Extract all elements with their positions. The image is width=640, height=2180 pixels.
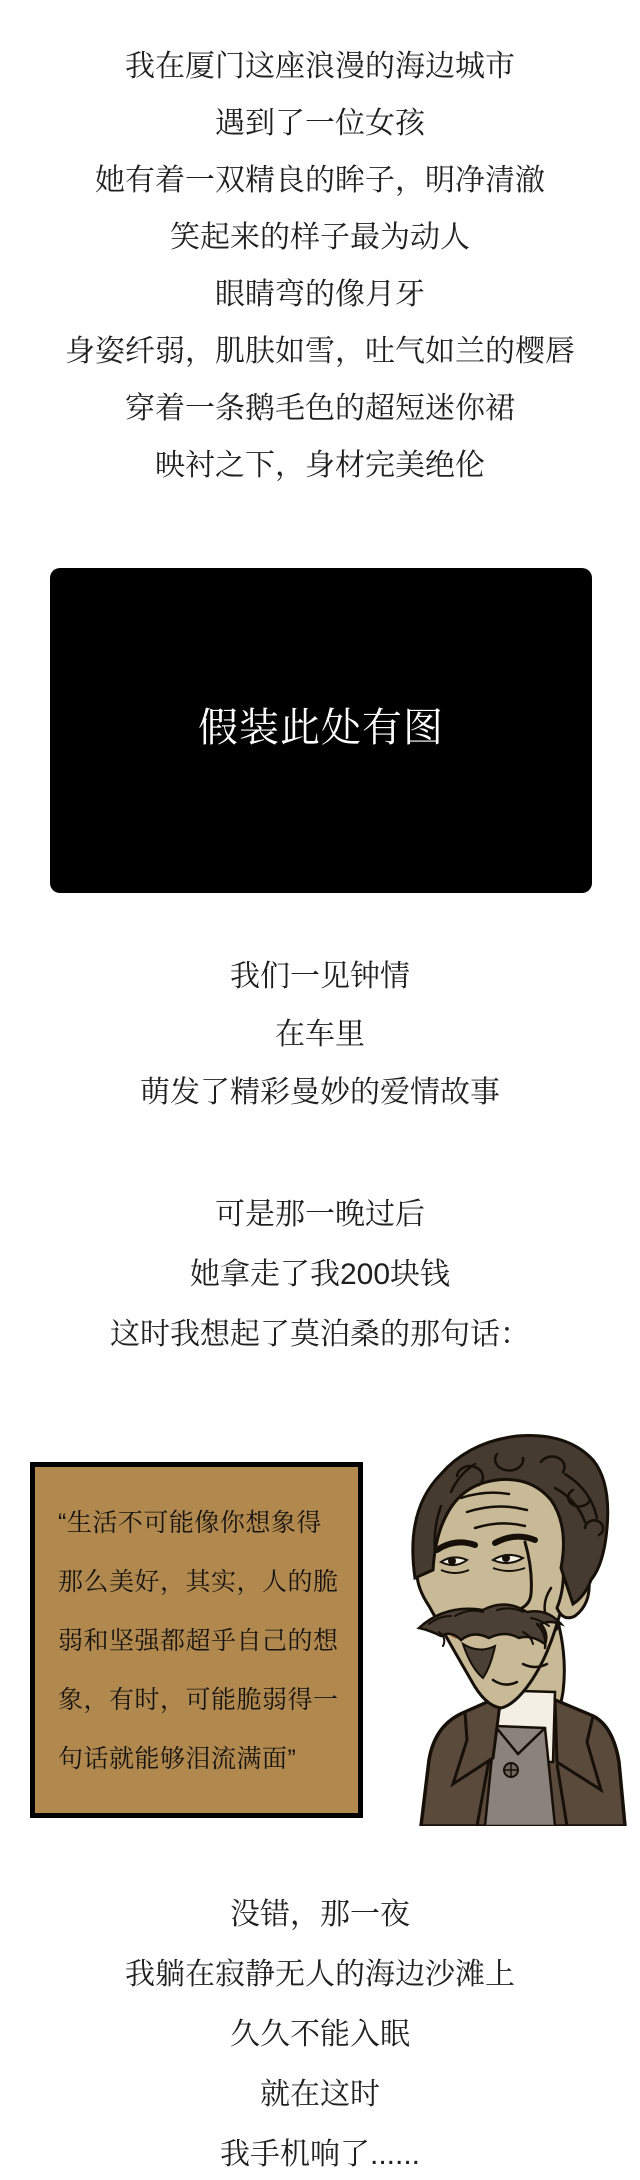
quote-line-4: 象，有时，可能脆弱得一 [58,1671,358,1730]
mid1-line-1: 我们一见钟情 [0,948,640,1006]
intro-line-2: 遇到了一位女孩 [0,95,640,152]
quote-line-2: 那么美好，其实，人的脆 [58,1553,358,1612]
outro-line-4: 就在这时 [0,2065,640,2125]
intro-line-4: 笑起来的样子最为动人 [0,209,640,266]
outro-line-5: 我手机响了...... [0,2125,640,2180]
intro-paragraph: 我在厦门这座浪漫的海边城市 遇到了一位女孩 她有着一双精良的眸子，明净清澈 笑起… [0,38,640,494]
maupassant-quote-box: “生活不可能像你想象得 那么美好，其实，人的脆 弱和坚强都超乎自己的想 象，有时… [30,1462,363,1818]
outro-line-3: 久久不能入眠 [0,2005,640,2065]
romance-paragraph: 我们一见钟情 在车里 萌发了精彩曼妙的爱情故事 [0,948,640,1122]
outro-paragraph: 没错，那一夜 我躺在寂静无人的海边沙滩上 久久不能入眠 就在这时 我手机响了..… [0,1885,640,2180]
intro-line-1: 我在厦门这座浪漫的海边城市 [0,38,640,95]
outro-line-2: 我躺在寂静无人的海边沙滩上 [0,1945,640,2005]
intro-line-5: 眼睛弯的像月牙 [0,266,640,323]
mid1-line-3: 萌发了精彩曼妙的爱情故事 [0,1064,640,1122]
outro-line-1: 没错，那一夜 [0,1885,640,1945]
quote-line-3: 弱和坚强都超乎自己的想 [58,1612,358,1671]
intro-line-6: 身姿纤弱，肌肤如雪，吐气如兰的樱唇 [0,323,640,380]
mid2-line-3: 这时我想起了莫泊桑的那句话： [0,1305,640,1365]
maupassant-portrait-illustration [405,1428,635,1826]
intro-line-7: 穿着一条鹅毛色的超短迷你裙 [0,380,640,437]
placeholder-image-label: 假装此处有图 [198,696,444,753]
quote-line-5: 句话就能够泪流满面” [58,1730,358,1789]
mid2-line-1: 可是那一晚过后 [0,1185,640,1245]
mid1-line-2: 在车里 [0,1006,640,1064]
quote-line-1: “生活不可能像你想象得 [58,1494,358,1553]
mid2-line-2: 她拿走了我200块钱 [0,1245,640,1305]
intro-line-8: 映衬之下，身材完美绝伦 [0,437,640,494]
story-page: 我在厦门这座浪漫的海边城市 遇到了一位女孩 她有着一双精良的眸子，明净清澈 笑起… [0,0,640,2180]
intro-line-3: 她有着一双精良的眸子，明净清澈 [0,152,640,209]
placeholder-image-box: 假装此处有图 [50,568,592,893]
twist-paragraph: 可是那一晚过后 她拿走了我200块钱 这时我想起了莫泊桑的那句话： [0,1185,640,1365]
